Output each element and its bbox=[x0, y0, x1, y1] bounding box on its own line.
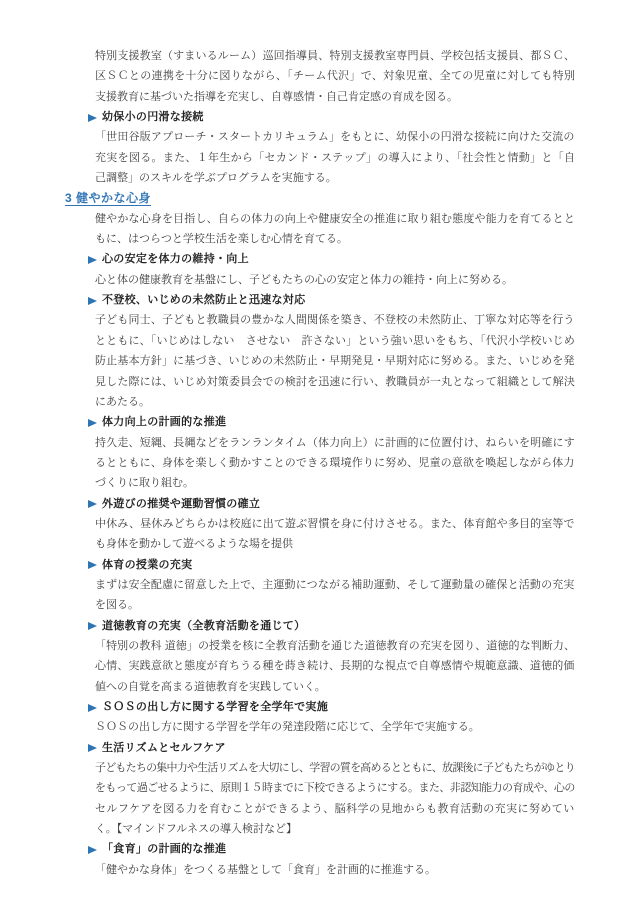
item-heading: 幼保小の円滑な接続 bbox=[88, 107, 640, 127]
item-heading: 体育の授業の充実 bbox=[88, 555, 640, 575]
arrow-bullet-icon bbox=[88, 846, 97, 854]
item-heading-text: 「食育」の計画的な推進 bbox=[102, 839, 226, 859]
lead-paragraph: 特別支援教室（すまいるルーム）巡回指導員、特別支援教室専門員、学校包括支援員、都… bbox=[95, 46, 575, 107]
item-heading-text: 生活リズムとセルフケア bbox=[102, 738, 226, 758]
document-page: 特別支援教室（すまいるルーム）巡回指導員、特別支援教室専門員、学校包括支援員、都… bbox=[0, 0, 640, 905]
item-heading: 道徳教育の充実（全教育活動を通じて） bbox=[88, 616, 640, 636]
item-heading: 生活リズムとセルフケア bbox=[88, 738, 640, 758]
item-body: 心と体の健康教育を基盤にし、子どもたちの心の安定と体力の維持・向上に努める。 bbox=[95, 270, 575, 290]
item-body: ＳＯＳの出し方に関する学習を学年の発達段階に応じて、全学年で実施する。 bbox=[95, 717, 575, 737]
item-heading-text: 幼保小の円滑な接続 bbox=[102, 107, 204, 127]
item-heading-text: 心の安定を体力の維持・向上 bbox=[102, 249, 249, 269]
section-intro-paragraph: 健やかな心身を目指し、自らの体力の向上や健康安全の推進に取り組む態度や能力を育て… bbox=[95, 209, 575, 250]
arrow-bullet-icon bbox=[88, 622, 97, 630]
arrow-bullet-icon bbox=[88, 256, 97, 264]
item-heading: 不登校、いじめの未然防止と迅速な対応 bbox=[88, 290, 640, 310]
item-body: 「世田谷版アプローチ・スタートカリキュラム」をもとに、幼保小の円滑な接続に向けた… bbox=[95, 127, 575, 188]
item-heading-text: 体力向上の計画的な推進 bbox=[102, 412, 226, 432]
item-heading-text: ＳＯＳの出し方に関する学習を全学年で実施 bbox=[102, 697, 328, 717]
arrow-bullet-icon bbox=[88, 419, 97, 427]
arrow-bullet-icon bbox=[88, 114, 97, 122]
arrow-bullet-icon bbox=[88, 561, 97, 569]
item-heading-text: 道徳教育の充実（全教育活動を通じて） bbox=[102, 616, 305, 636]
item-heading: 心の安定を体力の維持・向上 bbox=[88, 249, 640, 269]
item-body: 子ども同士、子どもと教職員の豊かな人間関係を築き、不登校の未然防止、丁寧な対応等… bbox=[95, 310, 575, 412]
item-body: 中休み、昼休みどちらかは校庭に出て遊ぶ習慣を身に付けさせる。また、体育館や多目的… bbox=[95, 514, 575, 555]
section-heading: 3 健やかな心身 bbox=[65, 188, 640, 208]
arrow-bullet-icon bbox=[88, 500, 97, 508]
item-heading-text: 体育の授業の充実 bbox=[102, 555, 192, 575]
item-heading: 体力向上の計画的な推進 bbox=[88, 412, 640, 432]
item-heading-text: 不登校、いじめの未然防止と迅速な対応 bbox=[102, 290, 305, 310]
item-body: 「特別の教科 道徳」の授業を核に全教育活動を通じた道徳教育の充実を図り、道徳的な… bbox=[95, 636, 575, 697]
item-heading: 「食育」の計画的な推進 bbox=[88, 839, 640, 859]
arrow-bullet-icon bbox=[88, 704, 97, 712]
arrow-bullet-icon bbox=[88, 297, 97, 305]
item-body: 子どもたちの集中力や生活リズムを大切にし、学習の質を高めるとともに、放課後に子ど… bbox=[95, 758, 575, 839]
item-heading: 外遊びの推奨や運動習慣の確立 bbox=[88, 494, 640, 514]
arrow-bullet-icon bbox=[88, 744, 97, 752]
item-body: まずは安全配慮に留意した上で、主運動につながる補助運動、そして運動量の確保と活動… bbox=[95, 575, 575, 616]
item-body: 持久走、短縄、長縄などをランランタイム（体力向上）に計画的に位置付け、ねらいを明… bbox=[95, 433, 575, 494]
item-heading-text: 外遊びの推奨や運動習慣の確立 bbox=[102, 494, 260, 514]
item-heading: ＳＯＳの出し方に関する学習を全学年で実施 bbox=[88, 697, 640, 717]
item-body: 「健やかな身体」をつくる基盤として「食育」を計画的に推進する。 bbox=[95, 860, 575, 880]
